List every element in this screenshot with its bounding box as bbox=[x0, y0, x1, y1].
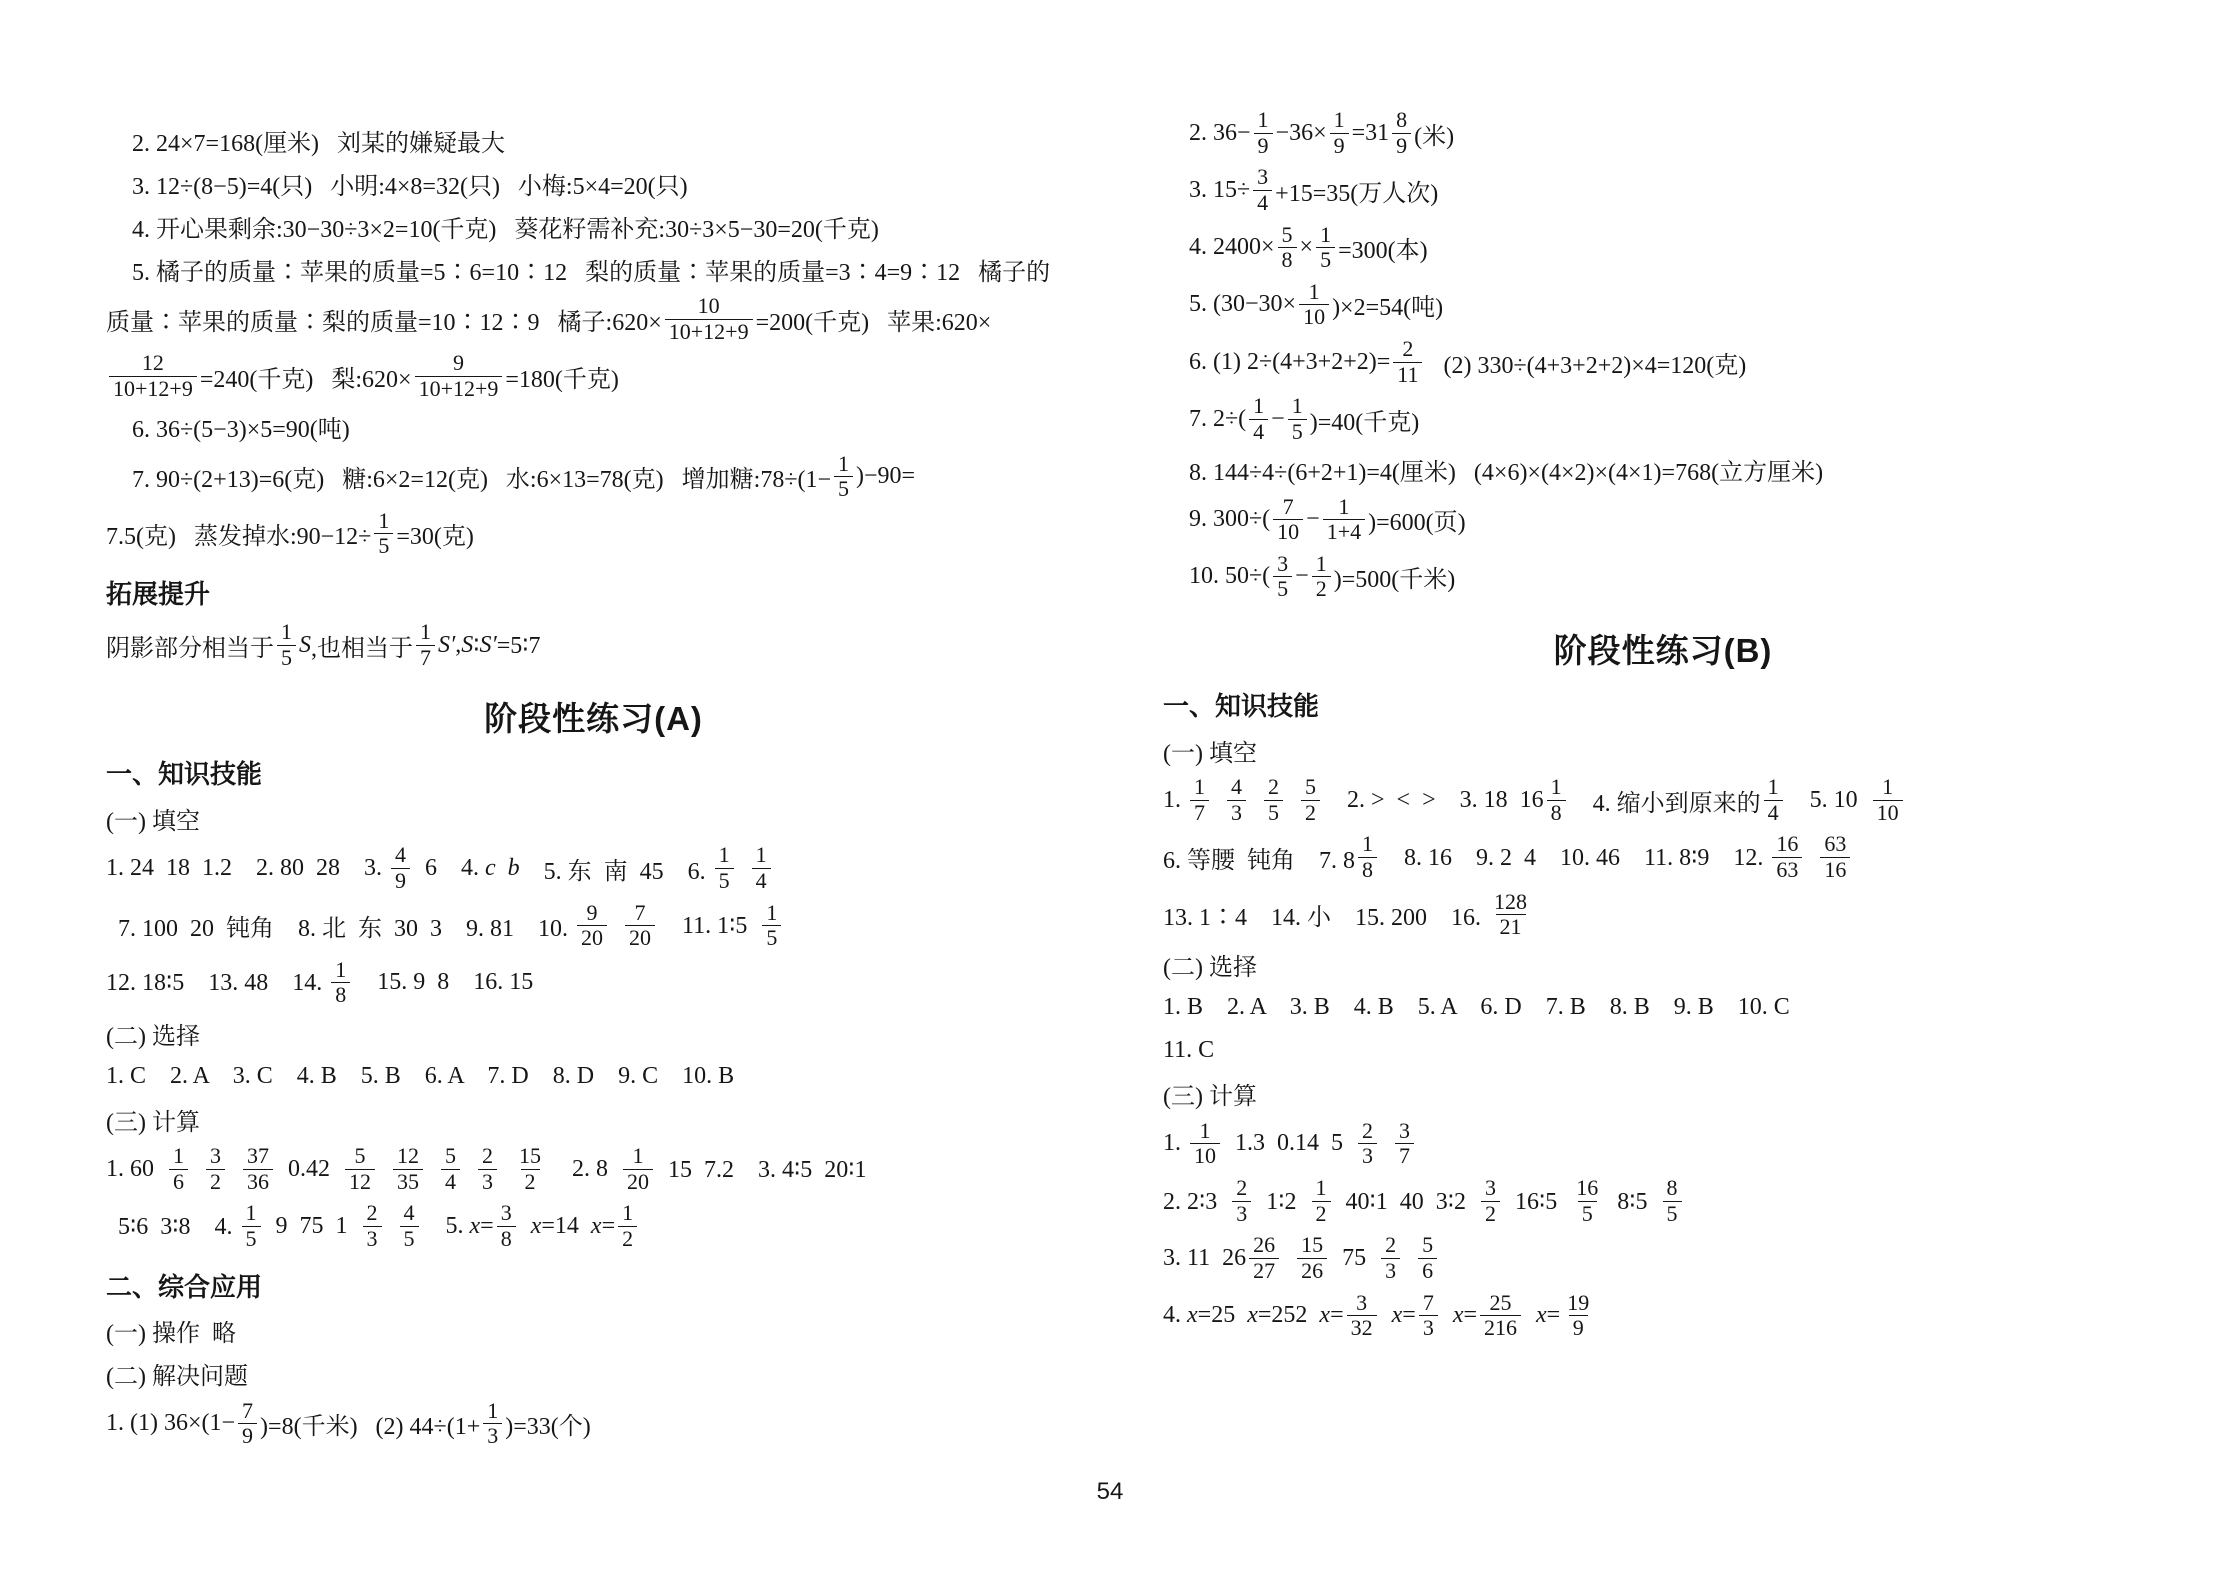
text-segment bbox=[610, 912, 622, 939]
fraction: 15 bbox=[834, 452, 853, 502]
text-segment: 4. 开心果剩余:30−30÷3×2=10(千克) 葵花籽需补充:30÷3×5−… bbox=[132, 209, 879, 244]
fraction: 16 bbox=[169, 1144, 188, 1194]
text-segment: 1. 60 bbox=[106, 1156, 166, 1183]
fraction-denominator: 7 bbox=[1190, 800, 1209, 826]
fraction-numerator: 1 bbox=[277, 620, 296, 645]
fraction-denominator: 11 bbox=[1393, 362, 1422, 388]
fraction-numerator: 1 bbox=[1288, 394, 1307, 419]
text-segment: )=8(千米) (2) 44÷(1+ bbox=[260, 1406, 480, 1441]
text-segment: 1. bbox=[1163, 787, 1187, 814]
fraction-denominator: 5 bbox=[1316, 247, 1335, 273]
fraction-numerator: 2 bbox=[1232, 1176, 1251, 1201]
fraction-denominator: 1+4 bbox=[1323, 519, 1365, 545]
answer-line: 1. 17 43 25 52 2. > < > 3. 18 1618 4. 缩小… bbox=[1163, 772, 2163, 828]
fraction-numerator: 1 bbox=[1190, 775, 1209, 800]
fraction-numerator: 5 bbox=[1301, 775, 1320, 800]
answer-line: 7.5(克) 蒸发掉水:90−12÷15=30(克) bbox=[106, 506, 1081, 562]
section-heading: 一、知识技能 bbox=[1163, 686, 2163, 723]
fraction: 56 bbox=[1418, 1233, 1437, 1283]
fraction-numerator: 16 bbox=[1572, 1176, 1602, 1201]
text-segment: S′ bbox=[438, 632, 455, 659]
answer-line: (二) 选择 bbox=[106, 1012, 1081, 1054]
text-segment: =31 bbox=[1352, 120, 1390, 147]
fraction-denominator: 3 bbox=[478, 1169, 497, 1195]
text-segment: 11. C bbox=[1163, 1037, 1214, 1064]
fraction-denominator: 26 bbox=[1297, 1258, 1327, 1284]
answer-line: 1. 60 16 32 3736 0.42 512 1235 54 23 152… bbox=[106, 1141, 1081, 1197]
fraction: 54 bbox=[441, 1144, 460, 1194]
fraction: 49 bbox=[391, 843, 410, 893]
text-segment: 16∶5 bbox=[1503, 1187, 1569, 1216]
fraction-denominator: 5 bbox=[1273, 576, 1292, 602]
text-segment: −36× bbox=[1276, 120, 1327, 147]
fraction-numerator: 5 bbox=[441, 1144, 460, 1169]
text-segment: 5. 东 南 45 6. bbox=[520, 851, 712, 886]
text-segment: ,也相当于 bbox=[311, 628, 413, 663]
text-segment: (二) 选择 bbox=[1163, 947, 1257, 982]
text-segment: 3. 12÷(8−5)=4(只) 小明:4×8=32(只) 小梅:5×4=20(… bbox=[132, 166, 688, 201]
fraction: 15 bbox=[762, 901, 781, 951]
fraction: 11+4 bbox=[1323, 495, 1365, 545]
fraction-denominator: 10+12+9 bbox=[665, 319, 753, 345]
fraction-numerator: 1 bbox=[1316, 223, 1335, 248]
text-segment: 1. (1) 36×(1− bbox=[106, 1410, 235, 1437]
text-segment: 12. 18∶5 13. 48 14. bbox=[106, 968, 328, 997]
answer-line: (一) 填空 bbox=[1163, 729, 2163, 771]
answer-line: 7. 90÷(2+13)=6(克) 糖:6×2=12(克) 水:6×13=78(… bbox=[106, 449, 1081, 505]
fraction-numerator: 3 bbox=[1481, 1176, 1500, 1201]
fraction-denominator: 6 bbox=[169, 1169, 188, 1195]
fraction: 14 bbox=[1249, 394, 1268, 444]
fraction: 165 bbox=[1572, 1176, 1602, 1226]
text-segment: = bbox=[602, 1213, 616, 1240]
text-segment bbox=[1282, 1245, 1294, 1272]
fraction-denominator: 5 bbox=[400, 1226, 419, 1252]
text-segment: 4. bbox=[1163, 1302, 1187, 1329]
fraction-numerator: 1 bbox=[1764, 775, 1783, 800]
fraction: 2627 bbox=[1249, 1233, 1279, 1283]
text-segment: x bbox=[1187, 1302, 1198, 1329]
fraction-denominator: 63 bbox=[1772, 857, 1802, 883]
text-segment: 15. 9 8 16. 15 bbox=[353, 969, 533, 996]
left-column: 2. 24×7=168(厘米) 刘某的嫌疑最大3. 12÷(8−5)=4(只) … bbox=[106, 0, 1081, 1453]
text-segment: 7. 90÷(2+13)=6(克) 糖:6×2=12(克) 水:6×13=78(… bbox=[132, 459, 831, 494]
text-segment: 8. 16 9. 2 4 10. 46 11. 8∶9 12. bbox=[1380, 843, 1769, 872]
section-heading: 一、知识技能 bbox=[106, 754, 1081, 791]
fraction: 920 bbox=[577, 901, 607, 951]
text-segment bbox=[378, 1156, 390, 1183]
fraction-numerator: 15 bbox=[1297, 1233, 1327, 1258]
fraction: 1235 bbox=[393, 1144, 423, 1194]
answer-line: 5∶6 3∶8 4. 15 9 75 1 23 45 5. x=38 x=14 … bbox=[106, 1198, 1081, 1254]
text-segment: c bbox=[485, 855, 496, 882]
right-column: 2. 36−19−36×19=3189(米)3. 15÷34+15=35(万人次… bbox=[1163, 0, 2163, 1345]
fraction-numerator: 10 bbox=[694, 294, 724, 319]
text-segment: b bbox=[508, 855, 520, 882]
answer-line: (一) 操作 略 bbox=[106, 1310, 1081, 1352]
text-segment: )×2=54(吨) bbox=[1332, 287, 1443, 322]
text-segment bbox=[463, 1156, 475, 1183]
fraction-denominator: 2 bbox=[1312, 1201, 1331, 1227]
text-segment: )=33(个) bbox=[505, 1406, 591, 1441]
text-segment: 6 4. bbox=[413, 855, 485, 882]
fraction-numerator: 1 bbox=[834, 452, 853, 477]
text-segment: = bbox=[480, 1213, 494, 1240]
fraction: 1663 bbox=[1772, 832, 1802, 882]
fraction: 110 bbox=[1299, 280, 1329, 330]
fraction: 14 bbox=[752, 843, 771, 893]
answer-line: (三) 计算 bbox=[1163, 1073, 2163, 1115]
fraction-denominator: 9 bbox=[1569, 1315, 1588, 1341]
fraction: 79 bbox=[238, 1399, 257, 1449]
fraction-denominator: 9 bbox=[1330, 133, 1349, 159]
fraction-numerator: 1 bbox=[752, 843, 771, 868]
text-segment: 5. bbox=[422, 1213, 470, 1240]
answer-line: 3. 12÷(8−5)=4(只) 小明:4×8=32(只) 小梅:5×4=20(… bbox=[106, 162, 1081, 204]
fraction-denominator: 3 bbox=[363, 1226, 382, 1252]
fraction-numerator: 5 bbox=[1278, 223, 1297, 248]
text-segment: 9 75 1 bbox=[264, 1213, 360, 1240]
fraction-denominator: 2 bbox=[1481, 1201, 1500, 1227]
fraction-numerator: 1 bbox=[1878, 775, 1897, 800]
fraction-numerator: 2 bbox=[478, 1144, 497, 1169]
fraction-numerator: 1 bbox=[1254, 108, 1273, 133]
fraction: 12 bbox=[1312, 552, 1331, 602]
text-segment: 2. 8 bbox=[548, 1156, 620, 1183]
answer-line: 4. 开心果剩余:30−30÷3×2=10(千克) 葵花籽需补充:30÷3×5−… bbox=[106, 205, 1081, 247]
answer-book-page: 2. 24×7=168(厘米) 刘某的嫌疑最大3. 12÷(8−5)=4(只) … bbox=[0, 0, 2220, 1571]
text-segment: 10. 50÷( bbox=[1189, 563, 1270, 590]
fraction-denominator: 4 bbox=[1253, 190, 1272, 216]
fraction-numerator: 12 bbox=[138, 351, 168, 376]
text-segment: x bbox=[1453, 1302, 1464, 1329]
fraction: 25 bbox=[1264, 775, 1283, 825]
text-segment: = bbox=[1547, 1302, 1561, 1329]
fraction: 32 bbox=[206, 1144, 225, 1194]
text-segment: x bbox=[531, 1213, 542, 1240]
fraction-numerator: 15 bbox=[515, 1144, 545, 1169]
fraction: 15 bbox=[1316, 223, 1335, 273]
text-segment: 5. 10 bbox=[1786, 787, 1870, 814]
text-segment: =240(千克) 梨:620× bbox=[200, 359, 412, 394]
fraction-denominator: 5 bbox=[1264, 800, 1283, 826]
fraction-numerator: 3 bbox=[1253, 165, 1272, 190]
fraction-denominator: 35 bbox=[393, 1169, 423, 1195]
fraction-denominator: 20 bbox=[623, 1169, 653, 1195]
fraction: 13 bbox=[483, 1399, 502, 1449]
text-segment: (一) 填空 bbox=[1163, 733, 1257, 768]
fraction-numerator: 1 bbox=[1312, 1176, 1331, 1201]
text-segment: 75 bbox=[1330, 1245, 1378, 1272]
fraction-numerator: 1 bbox=[1334, 495, 1353, 520]
section-heading: 二、综合应用 bbox=[106, 1267, 1081, 1304]
fraction-denominator: 4 bbox=[441, 1169, 460, 1195]
fraction-numerator: 8 bbox=[1663, 1176, 1682, 1201]
fraction: 15 bbox=[1288, 394, 1307, 444]
fraction-numerator: 1 bbox=[1330, 108, 1349, 133]
fraction-numerator: 4 bbox=[400, 1201, 419, 1226]
fraction: 14 bbox=[1764, 775, 1783, 825]
text-segment: x bbox=[1247, 1302, 1258, 1329]
text-segment: =30(克) bbox=[396, 516, 474, 551]
fraction-denominator: 5 bbox=[762, 925, 781, 951]
fraction-denominator: 5 bbox=[1663, 1201, 1682, 1227]
fraction-numerator: 1 bbox=[331, 958, 350, 983]
answer-line: 1. (1) 36×(1−79)=8(千米) (2) 44÷(1+13)=33(… bbox=[106, 1396, 1081, 1452]
text-segment bbox=[191, 1156, 203, 1183]
text-segment: = bbox=[1463, 1302, 1477, 1329]
answer-line: 4. x=25 x=252 x=332 x=73 x=25216 x=199 bbox=[1163, 1288, 2163, 1344]
text-segment: 2. 24×7=168(厘米) 刘某的嫌疑最大 bbox=[132, 123, 505, 158]
fraction-denominator: 216 bbox=[1480, 1315, 1521, 1341]
fraction-denominator: 8 bbox=[331, 982, 350, 1008]
fraction-numerator: 1 bbox=[1547, 775, 1566, 800]
fraction-numerator: 1 bbox=[1196, 1119, 1215, 1144]
fraction-numerator: 1 bbox=[629, 1144, 648, 1169]
fraction: 12821 bbox=[1490, 890, 1531, 940]
fraction-denominator: 3 bbox=[1232, 1201, 1251, 1227]
text-segment: S′ bbox=[480, 632, 497, 659]
fraction: 18 bbox=[1358, 832, 1377, 882]
text-segment: 7. 2÷( bbox=[1189, 406, 1246, 433]
answer-line: 5. 橘子的质量∶苹果的质量=5∶6=10∶12 梨的质量∶苹果的质量=3∶4=… bbox=[106, 248, 1081, 290]
text-segment: )=600(页) bbox=[1368, 502, 1466, 537]
text-segment: 2. 2∶3 bbox=[1163, 1187, 1229, 1216]
fraction-denominator: 8 bbox=[1547, 800, 1566, 826]
fraction: 199 bbox=[1563, 1291, 1593, 1341]
text-segment: 0.42 bbox=[276, 1156, 342, 1183]
fraction-numerator: 9 bbox=[583, 901, 602, 926]
fraction-denominator: 9 bbox=[1392, 133, 1411, 159]
fraction: 23 bbox=[1381, 1233, 1400, 1283]
fraction-denominator: 16 bbox=[1820, 857, 1850, 883]
fraction: 15 bbox=[242, 1201, 261, 1251]
fraction: 17 bbox=[416, 620, 435, 670]
fraction: 110 bbox=[1873, 775, 1903, 825]
text-segment: 5∶6 3∶8 4. bbox=[106, 1212, 239, 1241]
fraction-denominator: 8 bbox=[497, 1226, 516, 1252]
text-segment: 阴影部分相当于 bbox=[106, 628, 274, 663]
text-segment: =14 bbox=[541, 1213, 591, 1240]
fraction: 34 bbox=[1253, 165, 1272, 215]
fraction: 15 bbox=[715, 843, 734, 893]
answer-line: 2. 24×7=168(厘米) 刘某的嫌疑最大 bbox=[106, 119, 1081, 161]
fraction-denominator: 2 bbox=[1312, 576, 1331, 602]
fraction-denominator: 5 bbox=[242, 1226, 261, 1252]
answer-line: 3. 11 262627 1526 75 23 56 bbox=[1163, 1230, 2163, 1286]
fraction-denominator: 5 bbox=[1578, 1201, 1597, 1227]
answer-line: 13. 1∶4 14. 小 15. 200 16. 12821 bbox=[1163, 887, 2163, 943]
text-segment bbox=[1212, 787, 1224, 814]
text-segment: (一) 填空 bbox=[106, 801, 200, 836]
text-segment: (米) bbox=[1414, 116, 1454, 151]
fraction-denominator: 9 bbox=[391, 868, 410, 894]
fraction-numerator: 1 bbox=[618, 1201, 637, 1226]
text-segment: 6. (1) 2÷(4+3+2+2)= bbox=[1189, 349, 1390, 376]
text-segment: − bbox=[1271, 406, 1285, 433]
exercise-title-a: 阶段性练习(A) bbox=[106, 693, 1081, 740]
fraction-numerator: 1 bbox=[374, 509, 393, 534]
fraction: 512 bbox=[345, 1144, 375, 1194]
fraction-numerator: 4 bbox=[391, 843, 410, 868]
fraction-denominator: 2 bbox=[618, 1226, 637, 1252]
fraction-numerator: 1 bbox=[1312, 552, 1331, 577]
answer-line: 4. 2400×58×15=300(本) bbox=[1163, 220, 2163, 276]
text-segment: x bbox=[470, 1213, 481, 1240]
text-segment: 8. 144÷4÷(6+2+1)=4(厘米) (4×6)×(4×2)×(4×1)… bbox=[1189, 452, 1823, 487]
fraction-denominator: 2 bbox=[521, 1169, 540, 1195]
fraction: 1526 bbox=[1297, 1233, 1327, 1283]
fraction-numerator: 1 bbox=[1249, 394, 1268, 419]
text-segment: 11. 1∶5 bbox=[658, 911, 759, 940]
fraction-numerator: 2 bbox=[1398, 337, 1417, 362]
answer-line: (二) 解决问题 bbox=[106, 1353, 1081, 1395]
fraction: 43 bbox=[1227, 775, 1246, 825]
fraction-numerator: 3 bbox=[1395, 1119, 1414, 1144]
fraction-denominator: 4 bbox=[752, 868, 771, 894]
fraction: 3736 bbox=[243, 1144, 273, 1194]
fraction: 910+12+9 bbox=[415, 351, 503, 401]
answer-line: (二) 选择 bbox=[1163, 944, 2163, 986]
fraction: 18 bbox=[331, 958, 350, 1008]
answer-line: 11. C bbox=[1163, 1030, 2163, 1072]
fraction-numerator: 8 bbox=[1392, 108, 1411, 133]
fraction: 120 bbox=[623, 1144, 653, 1194]
text-segment: 4. 2400× bbox=[1189, 234, 1275, 261]
fraction-numerator: 5 bbox=[351, 1144, 370, 1169]
fraction: 15 bbox=[374, 509, 393, 559]
answer-line: 7. 2÷(14−15)=40(千克) bbox=[1163, 391, 2163, 447]
text-segment: =180(千克) bbox=[505, 359, 619, 394]
text-segment: 1.3 0.14 5 bbox=[1223, 1130, 1355, 1157]
fraction-numerator: 1 bbox=[1305, 280, 1324, 305]
fraction: 19 bbox=[1330, 108, 1349, 158]
text-segment: x bbox=[591, 1213, 602, 1240]
fraction-denominator: 10 bbox=[1299, 304, 1329, 330]
fraction-numerator: 2 bbox=[363, 1201, 382, 1226]
fraction: 32 bbox=[1481, 1176, 1500, 1226]
text-segment: 质量∶苹果的质量∶梨的质量=10∶12∶9 橘子:620× bbox=[106, 302, 662, 337]
fraction: 12 bbox=[618, 1201, 637, 1251]
fraction-denominator: 10 bbox=[1873, 800, 1903, 826]
text-segment bbox=[1403, 1245, 1415, 1272]
answer-line: 9. 300÷(710−11+4)=600(页) bbox=[1163, 492, 2163, 548]
text-segment bbox=[1380, 1130, 1392, 1157]
fraction-numerator: 5 bbox=[1418, 1233, 1437, 1258]
text-segment: 2. 36− bbox=[1189, 120, 1251, 147]
answer-line: 1. B 2. A 3. B 4. B 5. A 6. D 7. B 8. B … bbox=[1163, 987, 2163, 1029]
fraction-denominator: 3 bbox=[1381, 1258, 1400, 1284]
fraction-denominator: 4 bbox=[1764, 800, 1783, 826]
fraction-numerator: 26 bbox=[1249, 1233, 1279, 1258]
text-segment: − bbox=[1306, 506, 1320, 533]
section-heading: 拓展提升 bbox=[106, 574, 1081, 611]
answer-line: 1. 110 1.3 0.14 5 23 37 bbox=[1163, 1116, 2163, 1172]
answer-line: 1. 24 18 1.2 2. 80 28 3. 49 6 4. c b 5. … bbox=[106, 840, 1081, 896]
fraction-denominator: 6 bbox=[1418, 1258, 1437, 1284]
fraction-numerator: 19 bbox=[1563, 1291, 1593, 1316]
answer-line: 阴影部分相当于15S,也相当于17S′,S∶S′=5∶7 bbox=[106, 617, 1081, 673]
text-segment: =5∶7 bbox=[497, 631, 541, 660]
fraction: 12 bbox=[1312, 1176, 1331, 1226]
fraction-numerator: 128 bbox=[1490, 890, 1531, 915]
text-segment: 15 7.2 3. 4∶5 20∶1 bbox=[656, 1155, 867, 1184]
fraction: 17 bbox=[1190, 775, 1209, 825]
fraction-numerator: 1 bbox=[762, 901, 781, 926]
fraction: 211 bbox=[1393, 337, 1422, 387]
answer-line: 2. 2∶3 23 1∶2 12 40∶1 40 3∶2 32 16∶5 165… bbox=[1163, 1173, 2163, 1229]
fraction-denominator: 5 bbox=[1288, 419, 1307, 445]
text-segment bbox=[1805, 844, 1817, 871]
fraction-denominator: 8 bbox=[1358, 857, 1377, 883]
text-segment: S bbox=[461, 632, 473, 659]
fraction-numerator: 7 bbox=[1279, 495, 1298, 520]
fraction: 25216 bbox=[1480, 1291, 1521, 1341]
fraction-denominator: 7 bbox=[1395, 1143, 1414, 1169]
text-segment: 1. bbox=[1163, 1130, 1187, 1157]
text-segment: 8∶5 bbox=[1605, 1187, 1659, 1216]
fraction: 38 bbox=[497, 1201, 516, 1251]
text-segment bbox=[228, 1156, 240, 1183]
text-segment: =200(千克) 苹果:620× bbox=[756, 302, 992, 337]
fraction-numerator: 25 bbox=[1486, 1291, 1516, 1316]
fraction: 18 bbox=[1547, 775, 1566, 825]
text-segment: 2. > < > 3. 18 16 bbox=[1323, 787, 1544, 814]
fraction-numerator: 3 bbox=[1352, 1291, 1371, 1316]
fraction-denominator: 12 bbox=[345, 1169, 375, 1195]
fraction-denominator: 2 bbox=[206, 1169, 225, 1195]
fraction: 6316 bbox=[1820, 832, 1850, 882]
answer-line: 5. (30−30×110)×2=54(吨) bbox=[1163, 277, 2163, 333]
fraction-numerator: 1 bbox=[1358, 832, 1377, 857]
text-segment: 3. 15÷ bbox=[1189, 177, 1250, 204]
fraction-numerator: 1 bbox=[483, 1399, 502, 1424]
fraction: 23 bbox=[1232, 1176, 1251, 1226]
fraction: 332 bbox=[1347, 1291, 1377, 1341]
fraction-denominator: 36 bbox=[243, 1169, 273, 1195]
fraction: 19 bbox=[1254, 108, 1273, 158]
text-segment: x bbox=[1536, 1302, 1547, 1329]
text-segment bbox=[1441, 1302, 1453, 1329]
fraction: 89 bbox=[1392, 108, 1411, 158]
text-segment bbox=[496, 855, 508, 882]
answer-line: 3. 15÷34+15=35(万人次) bbox=[1163, 162, 2163, 218]
text-segment: = bbox=[1330, 1302, 1344, 1329]
fraction-numerator: 7 bbox=[1419, 1291, 1438, 1316]
text-segment bbox=[426, 1156, 438, 1183]
fraction: 52 bbox=[1301, 775, 1320, 825]
fraction-numerator: 2 bbox=[1381, 1233, 1400, 1258]
text-segment: 9. 300÷( bbox=[1189, 506, 1270, 533]
text-segment bbox=[1524, 1302, 1536, 1329]
fraction-denominator: 5 bbox=[715, 868, 734, 894]
answer-line: 6. 36÷(5−3)×5=90(吨) bbox=[106, 406, 1081, 448]
fraction: 23 bbox=[1358, 1119, 1377, 1169]
text-segment: =300(本) bbox=[1338, 230, 1428, 265]
fraction-denominator: 10+12+9 bbox=[415, 376, 503, 402]
fraction-numerator: 3 bbox=[497, 1201, 516, 1226]
answer-line: 6. 等腰 钝角 7. 818 8. 16 9. 2 4 10. 46 11. … bbox=[1163, 829, 2163, 885]
text-segment: 6. 36÷(5−3)×5=90(吨) bbox=[132, 409, 350, 444]
fraction-denominator: 5 bbox=[277, 645, 296, 671]
fraction: 1010+12+9 bbox=[665, 294, 753, 344]
text-segment: (二) 选择 bbox=[106, 1016, 200, 1051]
fraction-denominator: 3 bbox=[1358, 1143, 1377, 1169]
fraction-denominator: 2 bbox=[1301, 800, 1320, 826]
text-segment: (三) 计算 bbox=[1163, 1076, 1257, 1111]
text-segment: 7.5(克) 蒸发掉水:90−12÷ bbox=[106, 516, 371, 551]
text-segment bbox=[737, 855, 749, 882]
